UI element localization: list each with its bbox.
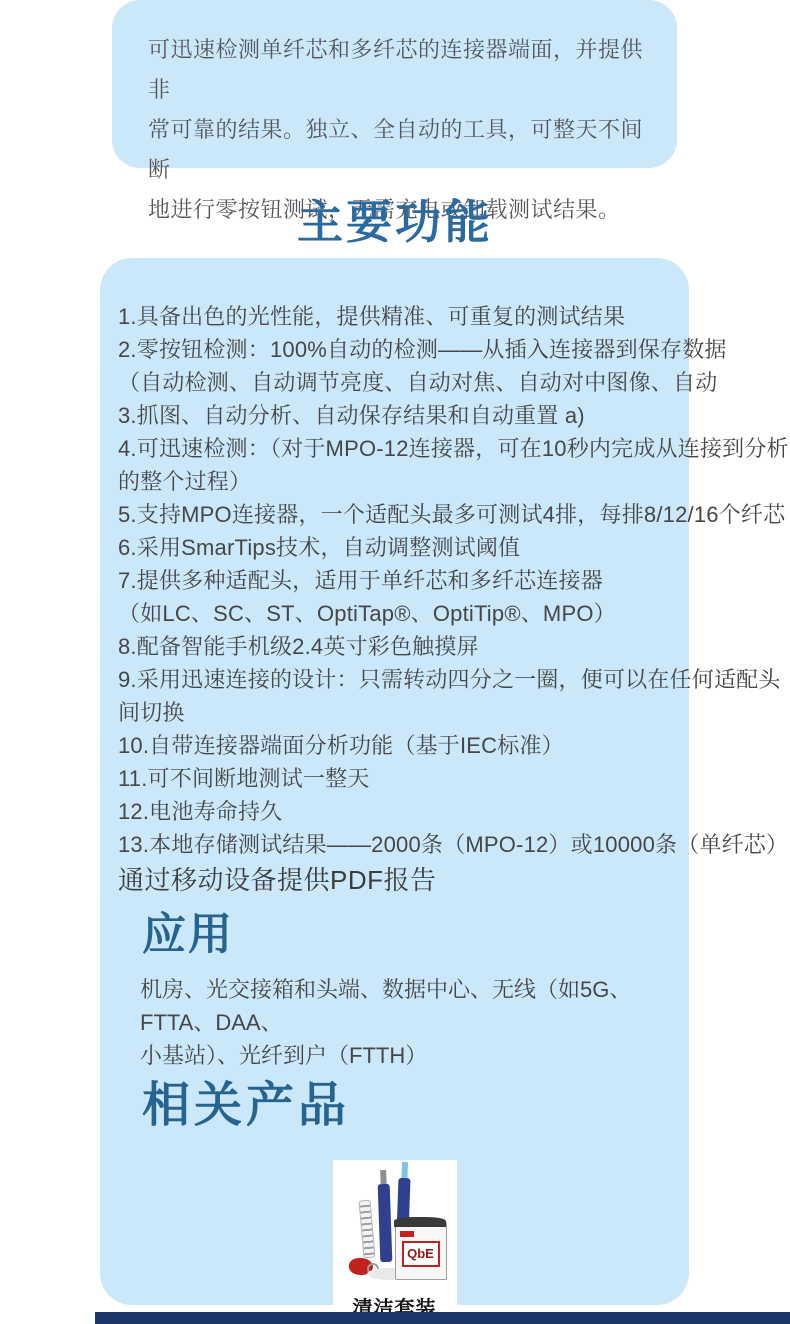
applications-text: 机房、光交接箱和头端、数据中心、无线（如5G、FTTA、DAA、 小基站）、光纤… bbox=[140, 973, 689, 1072]
cleaning-kit-photo: QbE bbox=[333, 1160, 457, 1290]
feature-item: 6.采用SmarTips技术，自动调整测试阈值 bbox=[118, 531, 681, 564]
feature-item: （自动检测、自动调节亮度、自动对焦、自动对中图像、自动 bbox=[118, 366, 681, 399]
applications-line: 机房、光交接箱和头端、数据中心、无线（如5G、FTTA、DAA、 bbox=[140, 973, 689, 1039]
intro-line: 常可靠的结果。独立、全自动的工具，可整天不间断 bbox=[148, 110, 643, 190]
feature-item: 7.提供多种适配头，适用于单纤芯和多纤芯连接器 bbox=[118, 564, 681, 597]
qbe-box-lid bbox=[394, 1217, 446, 1227]
feature-list: 1.具备出色的光性能，提供精准、可重复的测试结果 2.零按钮检测：100%自动的… bbox=[100, 258, 689, 861]
feature-item: 间切换 bbox=[118, 696, 681, 729]
blue-cleaning-pen bbox=[377, 1184, 392, 1262]
intro-line: 可迅速检测单纤芯和多纤芯的连接器端面，并提供非 bbox=[148, 30, 643, 110]
intro-panel: 可迅速检测单纤芯和多纤芯的连接器端面，并提供非 常可靠的结果。独立、全自动的工具… bbox=[112, 0, 677, 168]
related-product-card: QbE 清洁套装 bbox=[333, 1160, 457, 1324]
feature-item: 5.支持MPO连接器，一个适配头最多可测试4排，每排8/12/16个纤芯 bbox=[118, 498, 681, 531]
feature-item: 2.零按钮检测：100%自动的检测——从插入连接器到保存数据 bbox=[118, 333, 681, 366]
white-cleaning-pen bbox=[358, 1200, 375, 1259]
feature-item: 11.可不间断地测试一整天 bbox=[118, 762, 681, 795]
feature-item: 的整个过程） bbox=[118, 465, 681, 498]
feature-item: 3.抓图、自动分析、自动保存结果和自动重置 a) bbox=[118, 399, 681, 432]
feature-item: 1.具备出色的光性能，提供精准、可重复的测试结果 bbox=[118, 300, 681, 333]
applications-line: 小基站）、光纤到户（FTTH） bbox=[140, 1039, 689, 1072]
related-products-heading: 相关产品 bbox=[142, 1080, 689, 1132]
feature-item: 4.可迅速检测：（对于MPO-12连接器，可在10秒内完成从连接到分析 bbox=[118, 432, 681, 465]
feature-item: 8.配备智能手机级2.4英寸彩色触摸屏 bbox=[118, 630, 681, 663]
section-divider-bar bbox=[95, 1312, 790, 1324]
feature-item: 9.采用迅速连接的设计：只需转动四分之一圈，便可以在任何适配头 bbox=[118, 663, 681, 696]
features-panel: 1.具备出色的光性能，提供精准、可重复的测试结果 2.零按钮检测：100%自动的… bbox=[100, 258, 689, 1305]
qbe-cleaning-box: QbE bbox=[395, 1222, 447, 1280]
applications-heading: 应用 bbox=[142, 911, 689, 959]
feature-item: 10.自带连接器端面分析功能（基于IEC标准） bbox=[118, 729, 681, 762]
feature-item: 12.电池寿命持久 bbox=[118, 795, 681, 828]
qbe-logo-mark bbox=[400, 1231, 414, 1237]
feature-item: （如LC、SC、ST、OptiTap®、OptiTip®、MPO） bbox=[118, 597, 681, 630]
qbe-label: QbE bbox=[402, 1241, 440, 1267]
pdf-report-note: 通过移动设备提供PDF报告 bbox=[118, 863, 689, 897]
page-title: 主要功能 bbox=[0, 192, 790, 252]
feature-item: 13.本地存储测试结果——2000条（MPO-12）或10000条（单纤芯） bbox=[118, 828, 681, 861]
